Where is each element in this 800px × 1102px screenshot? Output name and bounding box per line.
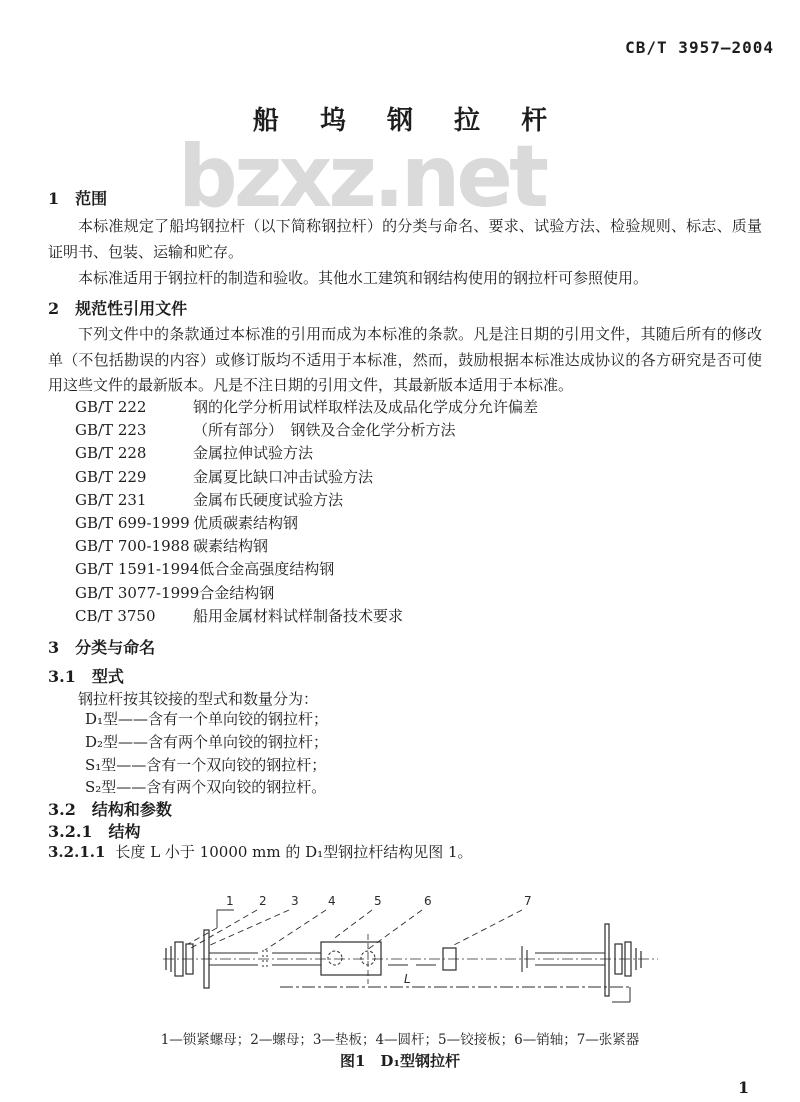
reference-title: 金属夏比缺口冲击试验方法 xyxy=(193,468,373,486)
figure-1-label: 图1 D₁型钢拉杆 xyxy=(0,1050,800,1071)
normative-refs-intro: 下列文件中的条款通过本标准的引用而成为本标准的条款。凡是注日期的引用文件，其随后… xyxy=(48,322,762,399)
clause-number: 3.2.1.1 xyxy=(48,843,105,861)
reference-title: 碳素结构钢 xyxy=(193,537,268,555)
reference-item: GB/T 700-1988碳素结构钢 xyxy=(75,535,538,558)
reference-title: （所有部分） 钢铁及合金化学分析方法 xyxy=(193,421,456,439)
reference-code: GB/T 228 xyxy=(75,442,193,465)
type-item-d2: D₂型——含有两个单向铰的钢拉杆； xyxy=(85,731,328,754)
reference-item: CB/T 3750船用金属材料试样制备技术要求 xyxy=(75,605,538,628)
document-page: bzxz.net CB/T 3957—2004 船 坞 钢 拉 杆 1 范围 本… xyxy=(0,0,800,1102)
reference-title: 船用金属材料试样制备技术要求 xyxy=(193,607,403,625)
reference-item: GB/T 229金属夏比缺口冲击试验方法 xyxy=(75,466,538,489)
clause-text: 长度 L 小于 10000 mm 的 D₁型钢拉杆结构见图 1。 xyxy=(115,843,472,861)
watermark-text: bzxz.net xyxy=(178,134,545,220)
reference-code: GB/T 222 xyxy=(75,396,193,419)
type-list: D₁型——含有一个单向铰的钢拉杆； D₂型——含有两个单向铰的钢拉杆； S₁型—… xyxy=(85,708,328,799)
page-title: 船 坞 钢 拉 杆 xyxy=(0,100,800,137)
reference-code: GB/T 231 xyxy=(75,489,193,512)
reference-item: GB/T 222钢的化学分析用试样取样法及成品化学成分允许偏差 xyxy=(75,396,538,419)
reference-title: 金属布氏硬度试验方法 xyxy=(193,491,343,509)
page-number: 1 xyxy=(738,1078,749,1097)
reference-title: 低合金高强度结构钢 xyxy=(199,560,334,578)
tie-rod-diagram: L 1 2 3 4 5 6 7 xyxy=(160,888,674,1020)
callout-4: 4 xyxy=(328,894,336,908)
reference-code: CB/T 3750 xyxy=(75,605,193,628)
callout-3: 3 xyxy=(291,894,299,908)
reference-code: GB/T 1591-1994 xyxy=(75,558,199,581)
reference-title: 优质碳素结构钢 xyxy=(193,514,298,532)
reference-title: 钢的化学分析用试样取样法及成品化学成分允许偏差 xyxy=(193,398,538,416)
callout-numbers: 1 2 3 4 5 6 7 xyxy=(226,894,532,908)
right-end-assembly xyxy=(605,924,641,996)
subsection-type-heading: 3.1 型式 xyxy=(48,664,124,687)
subsection-structure-sub-heading: 3.2.1 结构 xyxy=(48,819,141,842)
callout-leaders xyxy=(188,910,522,950)
pin-hole xyxy=(328,951,342,965)
type-item-d1: D₁型——含有一个单向铰的钢拉杆； xyxy=(85,708,328,731)
reference-item: GB/T 3077-1999合金结构钢 xyxy=(75,582,538,605)
type-item-s1: S₁型——含有一个双向铰的钢拉杆； xyxy=(85,754,328,777)
section-normative-refs-heading: 2 规范性引用文件 xyxy=(48,296,187,319)
scope-paragraph-1: 本标准规定了船坞钢拉杆（以下简称钢拉杆）的分类与命名、要求、试验方法、检验规则、… xyxy=(48,214,762,265)
callout-2: 2 xyxy=(259,894,267,908)
bearing-plate-shape xyxy=(605,924,609,996)
callout-6: 6 xyxy=(424,894,432,908)
reference-code: GB/T 3077-1999 xyxy=(75,582,199,605)
reference-list: GB/T 222钢的化学分析用试样取样法及成品化学成分允许偏差 GB/T 223… xyxy=(75,396,538,628)
reference-item: GB/T 231金属布氏硬度试验方法 xyxy=(75,489,538,512)
figure-1-caption: 1—锁紧螺母；2—螺母；3—垫板；4—圆杆；5—铰接板；6—销轴；7—张紧器 xyxy=(0,1028,800,1048)
clause-3211: 3.2.1.1长度 L 小于 10000 mm 的 D₁型钢拉杆结构见图 1。 xyxy=(48,841,762,864)
reference-code: GB/T 223 xyxy=(75,419,193,442)
scope-paragraph-2: 本标准适用于钢拉杆的制造和验收。其他水工建筑和钢结构使用的钢拉杆可参照使用。 xyxy=(48,266,762,292)
callout-1: 1 xyxy=(226,894,234,908)
type-item-s2: S₂型——含有两个双向铰的钢拉杆。 xyxy=(85,776,328,799)
standard-code: CB/T 3957—2004 xyxy=(625,38,774,57)
dimension-label: L xyxy=(404,972,411,986)
section-classification-heading: 3 分类与命名 xyxy=(48,635,155,658)
callout-7: 7 xyxy=(524,894,532,908)
section-scope-heading: 1 范围 xyxy=(48,186,107,209)
reference-item: GB/T 1591-1994低合金高强度结构钢 xyxy=(75,558,538,581)
dimension-line: L xyxy=(280,972,630,1002)
reference-item: GB/T 223（所有部分） 钢铁及合金化学分析方法 xyxy=(75,419,538,442)
subsection-structure-heading: 3.2 结构和参数 xyxy=(48,797,172,820)
reference-item: GB/T 699-1999优质碳素结构钢 xyxy=(75,512,538,535)
callout-5: 5 xyxy=(374,894,382,908)
reference-code: GB/T 699-1999 xyxy=(75,512,193,535)
reference-code: GB/T 700-1988 xyxy=(75,535,193,558)
reference-title: 金属拉伸试验方法 xyxy=(193,444,313,462)
figure-1-drawing: L 1 2 3 4 5 6 7 xyxy=(160,888,674,1020)
reference-code: GB/T 229 xyxy=(75,466,193,489)
reference-title: 合金结构钢 xyxy=(199,584,274,602)
reference-item: GB/T 228金属拉伸试验方法 xyxy=(75,442,538,465)
